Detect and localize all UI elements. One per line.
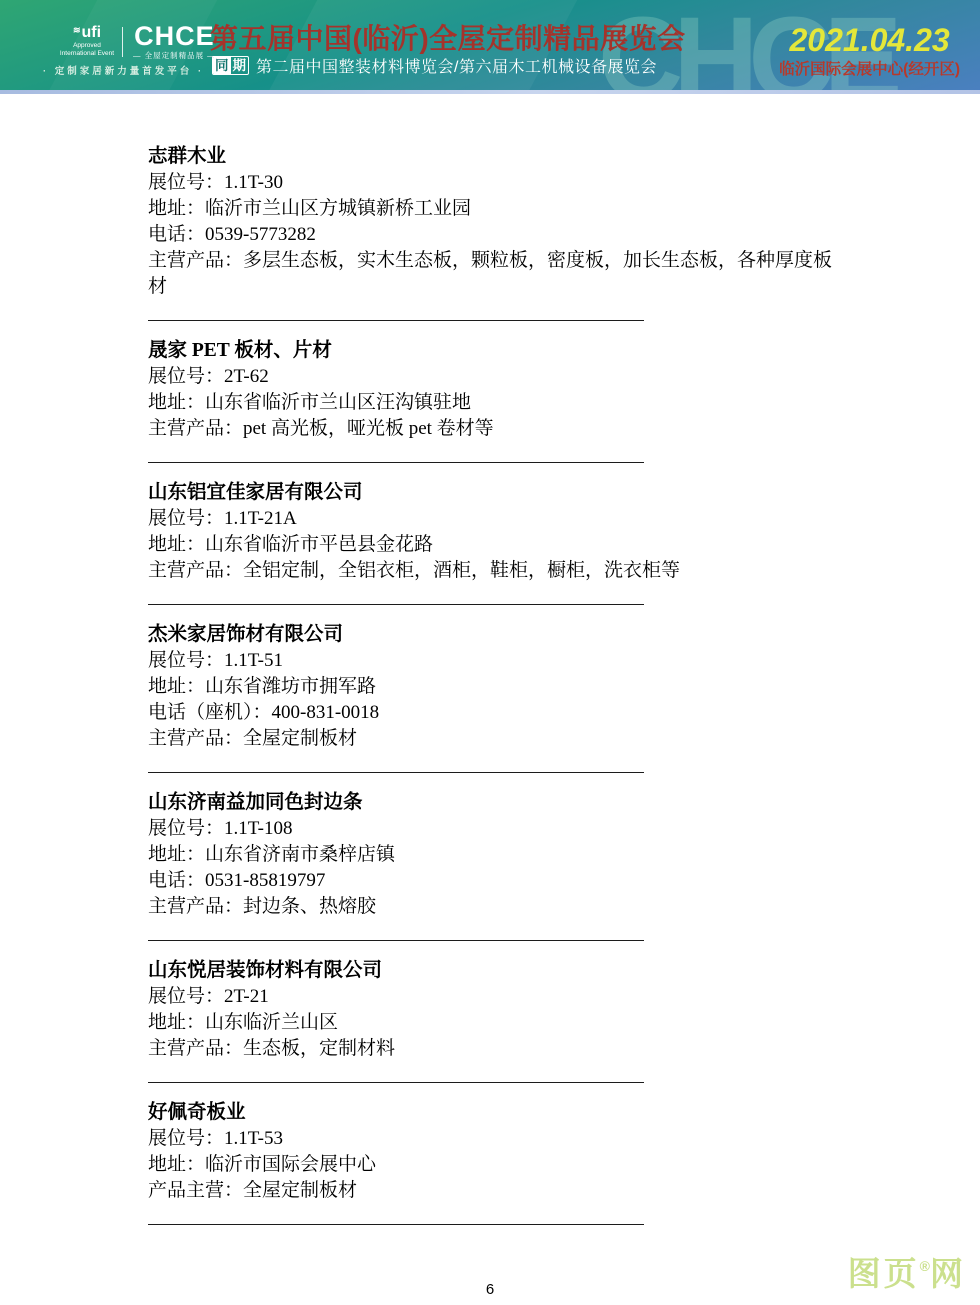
event-banner: CHCE ≋ufi Approved International Event C…: [0, 0, 980, 94]
exhibitor-list: 志群木业 展位号：1.1T-30 地址：临沂市兰山区方城镇新桥工业园 电话：05…: [148, 94, 842, 1242]
products-line: 主营产品：生态板，定制材料: [148, 1036, 842, 1062]
products-line: 主营产品：全屋定制板材: [148, 726, 842, 752]
ufi-logo-text: ≋ufi: [56, 23, 118, 40]
site-watermark: 图页®网: [848, 1248, 966, 1295]
phone-line: 电话（座机）：400-831-0018: [148, 700, 842, 726]
section-divider: [148, 1224, 644, 1225]
address-line: 地址：山东省临沂市兰山区汪沟镇驻地: [148, 390, 842, 416]
booth-line: 展位号：1.1T-30: [148, 170, 842, 196]
registered-mark-icon: ®: [920, 1258, 930, 1274]
company-name: 山东济南益加同色封边条: [148, 790, 842, 816]
section-divider: [148, 320, 644, 321]
products-line: 产品主营：全屋定制板材: [148, 1178, 842, 1204]
event-title: 第五届中国(临沂)全屋定制精品展览会: [210, 17, 686, 57]
ufi-logo: ≋ufi Approved International Event: [56, 23, 118, 57]
section-divider: [148, 772, 644, 773]
event-date: 2021.04.23: [779, 25, 960, 55]
exhibitor-entry: 晟家 PET 板材、片材 展位号：2T-62 地址：山东省临沂市兰山区汪沟镇驻地…: [148, 338, 842, 442]
concurrent-events-text: 第二届中国整装材料博览会/第六届木工机械设备展览会: [256, 54, 657, 77]
exhibitor-entry: 山东铝宜佳家居有限公司 展位号：1.1T-21A 地址：山东省临沂市平邑县金花路…: [148, 480, 842, 584]
booth-line: 展位号：1.1T-21A: [148, 506, 842, 532]
exhibitor-entry: 杰米家居饰材有限公司 展位号：1.1T-51 地址：山东省潍坊市拥军路 电话（座…: [148, 622, 842, 752]
exhibitor-entry: 好佩奇板业 展位号：1.1T-53 地址：临沂市国际会展中心 产品主营：全屋定制…: [148, 1100, 842, 1204]
company-name: 杰米家居饰材有限公司: [148, 622, 842, 648]
chce-logo-subtext: — 全屋定制精品展 —: [133, 50, 216, 61]
products-line: 主营产品：封边条、热熔胶: [148, 894, 842, 920]
address-line: 地址：山东省济南市桑梓店镇: [148, 842, 842, 868]
company-name: 晟家 PET 板材、片材: [148, 338, 842, 364]
company-name: 好佩奇板业: [148, 1100, 842, 1126]
section-divider: [148, 940, 644, 941]
event-tagline: · 定制家居新力量首发平台 ·: [43, 63, 204, 77]
ufi-wing-icon: ≋: [73, 25, 81, 35]
phone-line: 电话：0539-5773282: [148, 222, 842, 248]
products-line: 主营产品：全铝定制，全铝衣柜，酒柜，鞋柜，橱柜，洗衣柜等: [148, 558, 842, 584]
page-number: 6: [0, 1281, 980, 1298]
company-name: 山东悦居装饰材料有限公司: [148, 958, 842, 984]
event-date-block: 2021.04.23 临沂国际会展中心(经开区): [779, 25, 960, 79]
booth-line: 展位号：1.1T-53: [148, 1126, 842, 1152]
address-line: 地址：山东临沂兰山区: [148, 1010, 842, 1036]
section-divider: [148, 1082, 644, 1083]
address-line: 地址：临沂市国际会展中心: [148, 1152, 842, 1178]
company-name: 山东铝宜佳家居有限公司: [148, 480, 842, 506]
section-divider: [148, 462, 644, 463]
event-venue: 临沂国际会展中心(经开区): [779, 57, 960, 79]
logo-divider: [122, 27, 123, 57]
booth-line: 展位号：2T-21: [148, 984, 842, 1010]
address-line: 地址：临沂市兰山区方城镇新桥工业园: [148, 196, 842, 222]
company-name: 志群木业: [148, 144, 842, 170]
products-line: 主营产品：多层生态板，实木生态板，颗粒板，密度板，加长生态板，各种厚度板材: [148, 248, 842, 300]
section-divider: [148, 604, 644, 605]
exhibitor-entry: 山东悦居装饰材料有限公司 展位号：2T-21 地址：山东临沂兰山区 主营产品：生…: [148, 958, 842, 1062]
exhibitor-entry: 山东济南益加同色封边条 展位号：1.1T-108 地址：山东省济南市桑梓店镇 电…: [148, 790, 842, 920]
ufi-logo-subtext: Approved International Event: [56, 42, 118, 57]
address-line: 地址：山东省潍坊市拥军路: [148, 674, 842, 700]
address-line: 地址：山东省临沂市平邑县金花路: [148, 532, 842, 558]
concurrent-events-line: 同期 第二届中国整装材料博览会/第六届木工机械设备展览会: [212, 54, 657, 77]
phone-line: 电话：0531-85819797: [148, 868, 842, 894]
products-line: 主营产品：pet 高光板，哑光板 pet 卷材等: [148, 416, 842, 442]
chce-logo: CHCE — 全屋定制精品展 —: [133, 24, 216, 61]
concurrent-badge: 同期: [212, 56, 249, 75]
chce-logo-text: CHCE: [133, 24, 216, 49]
booth-line: 展位号：1.1T-108: [148, 816, 842, 842]
booth-line: 展位号：1.1T-51: [148, 648, 842, 674]
booth-line: 展位号：2T-62: [148, 364, 842, 390]
exhibitor-entry: 志群木业 展位号：1.1T-30 地址：临沂市兰山区方城镇新桥工业园 电话：05…: [148, 144, 842, 300]
